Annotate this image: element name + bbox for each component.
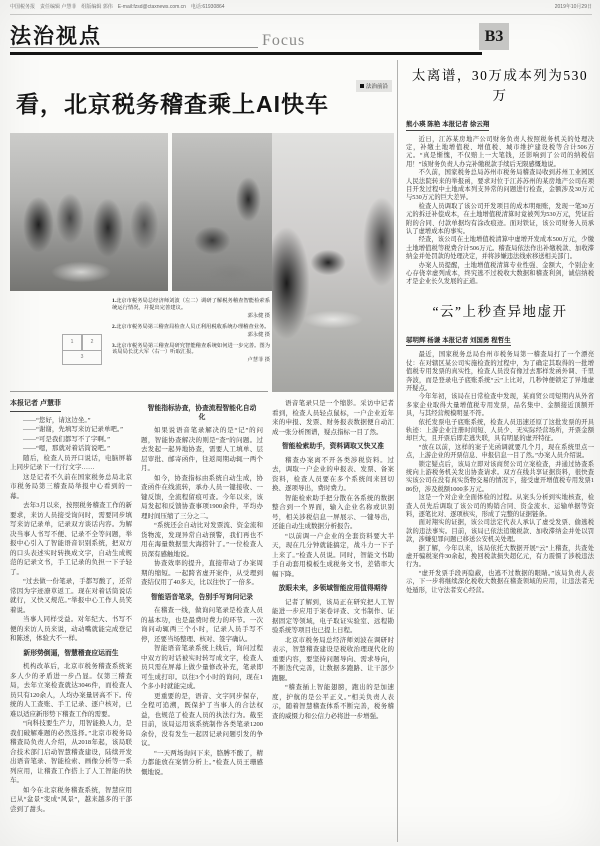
right-article-1-byline: 熊小瑛 陈艳 本报记者 徐云翔 <box>406 119 489 131</box>
body-paragraph: ——“谢谢，先填写来访记录单吧。” <box>10 425 132 435</box>
body-paragraph: 依托发票电子底账系统，检查人员迅速还原了这批发票的开具轨迹：上游企业注册时间短、… <box>406 419 594 444</box>
body-paragraph: 更重要的是，语音、文字同步保存，全程可追溯，既保护了当事人的合法权益，也规范了检… <box>141 692 263 749</box>
top-info-bar: 中国税务报 责任编辑 卢慧菲 组版编辑 郭伟 E-mail:fzsd@ctaxn… <box>10 3 592 15</box>
photo-index-2: 2 <box>82 334 102 351</box>
main-headline: 看，北京税务稽查乘上AI快车 <box>16 86 386 119</box>
body-paragraph: 智能检索助手把分散在各系统的数据整合到一个界面，输入企业名称或识别号，相关涉税信… <box>272 494 394 532</box>
body-paragraph: 随后，检查人员开口说话，电脑屏幕上同步记录下一行行文字…… <box>10 454 132 473</box>
body-paragraph: 北京市税务局总经济师刘波在调研时表示，智慧稽查建设是税收治理现代化的重要内容，要… <box>272 636 394 684</box>
body-paragraph: 语音笔录只是一个缩影。采访中记者看到，检查人员轻点鼠标，一户企业近年来的申报、发… <box>272 399 394 437</box>
body-column-2: 智能指标协查，协查流程智能化自动化如果说语音笔录解决的是“记”的问题，智能协查解… <box>141 399 263 840</box>
body-paragraph: 如今在北京税务稽查系统，智慧应用已从“盆景”变成“风景”，越来越多的干部尝到了甜… <box>10 786 132 815</box>
body-column-1: 本报记者 卢慧菲 ——“您好，请这边坐。”——“谢谢，先填写来访记录单吧。”——… <box>10 399 132 840</box>
page-number: B3 <box>479 23 509 50</box>
news-photo-1 <box>10 133 168 291</box>
photo-credit: 郭永健 摄 <box>112 313 270 320</box>
body-paragraph: “过去做一份笔录，手都写酸了，还常常因为字迹潦草返工。现在对着话筒说话就行，又快… <box>10 577 132 615</box>
issue-date: 2019年10月29日 <box>555 3 592 10</box>
body-paragraph: 去年3月以来，按照税务稽查工作的新要求，来访人员接受询问时，需要同步填写来访记录… <box>10 501 132 577</box>
right-article-1-body: 近日，江苏某房地产公司财务负责人按照税务机关的处理决定，补缴土地增值税、增值税、… <box>406 136 594 287</box>
column-subheading: 放眼未来，多领域智能应用值得期待 <box>276 585 390 594</box>
photo-credit: 郭永健 摄 <box>112 332 270 339</box>
photo-index-3: 3 <box>62 351 102 365</box>
body-paragraph: “一天两场询问下来，胳膊不酸了，精力都能放在案情分析上。”检查人员王珊感慨地说。 <box>141 749 263 778</box>
vertical-divider <box>397 60 398 842</box>
photo-caption: 1.北京市税务局总经济师刘波（左二）调研了解税务稽查智能检索系统运行情况，并提出… <box>112 298 270 320</box>
caption-divider-rule <box>10 391 268 392</box>
column-subheading: 智能检索助手，资料调取又快又准 <box>276 443 390 452</box>
body-paragraph: 智能语音笔录系统上线后，询问过程中双方的对话被实时转写成文字，检查人员只需在屏幕… <box>141 644 263 692</box>
photo-caption: 3.北京市税务局第三稽查局研究智能稽查系统如何进一步完善。图为该局局长沈大军（右… <box>112 343 270 365</box>
photo-credit: 卢慧菲 摄 <box>112 357 270 364</box>
body-paragraph: 办案人员提醒，土地增值税清算专业性强、金额大，个别企业心存侥幸虚列成本，终究逃不… <box>406 262 594 287</box>
body-paragraph: 协查效率的提升，直接带动了办案周期的缩短。一起跨省虚开案件，从受理到查结仅用了4… <box>141 559 263 588</box>
main-article-body: 本报记者 卢慧菲 ——“您好，请这边坐。”——“谢谢，先填写来访记录单吧。”——… <box>10 399 394 840</box>
body-paragraph: 这是一个对企业全面体检的过程。从案头分析到实地核查，检查人员先后调取了该公司的购… <box>406 494 594 519</box>
column-subheading: 新形势倒逼，智慧稽查应运而生 <box>14 650 128 659</box>
body-paragraph: 今年年初，该局在日常检查中发现，某商贸公司短期内从外省多家企业取得大量增值税专用… <box>406 393 594 418</box>
reporter-byline: 本报记者 卢慧菲 <box>10 399 61 412</box>
newspaper-page: 中国税务报 责任编辑 卢慧菲 组版编辑 郭伟 E-mail:fzsd@ctaxn… <box>0 0 600 846</box>
right-article-2-headline: “云”上秒查异地虚开 <box>406 300 594 320</box>
section-title-english: Focus <box>262 32 305 50</box>
masthead-rule <box>10 47 258 48</box>
photo-captions: 1.北京市税务局总经济师刘波（左二）调研了解税务稽查智能检索系统运行情况，并提出… <box>112 298 270 368</box>
body-paragraph: 机构改革后，北京市税务稽查系统案多人少的矛盾进一步凸显。仅第三稽查局，去年立案检… <box>10 662 132 719</box>
masthead-info: 中国税务报 责任编辑 卢慧菲 组版编辑 郭伟 E-mail:fzsd@ctaxn… <box>10 3 225 10</box>
body-paragraph: 当事人同样受益。对年纪大、书写不便的来访人员来说，动动嘴就能完成登记和陈述，体验… <box>10 615 132 644</box>
body-paragraph: 在稽查一线，做询问笔录是检查人员的基本功，也是最费时费力的环节。一次询问动辄两三… <box>141 606 263 644</box>
column-subheading: 智能语音笔录，告别手写询问记录 <box>145 594 259 603</box>
body-paragraph: “系统还会自动比对发票流、资金流和货物流，发现异常自动预警，我们再也不用在海量数… <box>141 521 263 559</box>
body-paragraph: “向科技要生产力，用智能换人力，是我们破解难题的必然选择。”北京市税务局稽查局负… <box>10 719 132 786</box>
right-article-2-byline: 邬明辉 杨谦 本报记者 刘国勇 程哲生 <box>406 335 511 347</box>
photo-caption: 2.北京市税务局第三稽查局检查人员正利用税收系统办理稽查业务。 郭永健 摄 <box>112 324 270 339</box>
right-article-1-headline: 太离谱，30万成本列为530万 <box>406 64 594 104</box>
body-paragraph: 记者了解到，该局正在研究把人工智能进一步应用于案卷评查、文书制作、证据固定等领域… <box>272 598 394 636</box>
body-paragraph: 经查，该公司在土地增值税清算中虚增开发成本500万元，少缴土地增值税等税费合计5… <box>406 236 594 261</box>
body-paragraph: ——“嗯，那就对着话筒说吧。” <box>10 444 132 454</box>
right-article-2: “云”上秒查异地虚开 邬明辉 杨谦 本报记者 刘国勇 程哲生 最近，国家税务总局… <box>406 300 594 595</box>
photo-index-1: 1 <box>62 334 82 351</box>
right-article-2-body: 最近，国家税务总局台州市税务局第一稽查局打了一个漂亮仗：在对辖区某公司实施检查的… <box>406 351 594 595</box>
news-photo-2 <box>172 133 278 291</box>
body-paragraph: ——“您好，请这边坐。” <box>10 416 132 426</box>
body-paragraph: 如果说语音笔录解决的是“记”的问题，智能协查解决的则是“查”的问题。过去发起一起… <box>141 426 263 474</box>
right-column: 太离谱，30万成本列为530万 熊小瑛 陈艳 本报记者 徐云翔 近日，江苏某房地… <box>406 60 594 842</box>
right-article-1: 太离谱，30万成本列为530万 熊小瑛 陈艳 本报记者 徐云翔 近日，江苏某房地… <box>406 64 594 287</box>
body-paragraph: 据了解，今年以来，该局依托大数据开展“云”上稽查，共查处虚开骗税案件30余起，挽… <box>406 545 594 570</box>
photo-index-diagram: 1 2 3 <box>62 334 102 365</box>
body-paragraph: “以前调一户企业的全套资料要大半天，现在几分钟就能搞定，战斗力一下子上来了。”检… <box>272 532 394 580</box>
body-paragraph: 稽查办案离不开各类涉税资料。过去，调取一户企业的申报表、发票、备案资料，检查人员… <box>272 456 394 494</box>
masthead-thick-rule <box>10 52 482 55</box>
body-paragraph: 检查人员调取了该公司开发项目的成本明细账，发现一笔30万元的拆迁补偿成本，在土地… <box>406 203 594 237</box>
body-paragraph: “虚开发票手段再隐蔽，也逃不过数据的眼睛。”该局负责人表示，下一步将继续深化税收… <box>406 570 594 595</box>
body-paragraph: 如今，协查指标由系统自动生成，协查函件在线流转，承办人员一键接收、一键反馈，全流… <box>141 474 263 522</box>
body-paragraph: 面对翔实的证据，该公司法定代表人承认了虚受发票、偷逃税款的违法事实。目前，该局已… <box>406 519 594 544</box>
body-paragraph: 不久前，国家税务总局苏州市税务局稽查局收到苏州工业园区人民法院转来的举报函，要求… <box>406 169 594 203</box>
body-paragraph: 锁定疑点后，该局立即对该商贸公司立案检查，并通过协查系统向上游税务机关发出协查请… <box>406 461 594 495</box>
body-paragraph: 最近，国家税务总局台州市税务局第一稽查局打了一个漂亮仗：在对辖区某公司实施检查的… <box>406 351 594 393</box>
body-paragraph: “放在以前，这样的案子光函调就要几个月，现在系统里点一点，上游企业的开票信息、申… <box>406 444 594 461</box>
section-title: 法治视点 <box>10 20 102 50</box>
news-photo-3 <box>272 133 394 392</box>
column-subheading: 智能指标协查，协查流程智能化自动化 <box>145 405 259 422</box>
body-paragraph: 近日，江苏某房地产公司财务负责人按照税务机关的处理决定，补缴土地增值税、增值税、… <box>406 136 594 170</box>
body-paragraph: 这是记者不久前在国家税务总局北京市税务局第三稽查局举报中心看到的一幕。 <box>10 473 132 502</box>
body-paragraph: “稽查插上智能翅膀，跑出的是加速度，护航的是公平正义。”相关负责人表示，随着智慧… <box>272 683 394 721</box>
body-column-3: 语音笔录只是一个缩影。采访中记者看到，检查人员轻点鼠标，一户企业近年来的申报、发… <box>272 399 394 840</box>
body-paragraph: ——“可是我们都写不了字啊。” <box>10 435 132 445</box>
